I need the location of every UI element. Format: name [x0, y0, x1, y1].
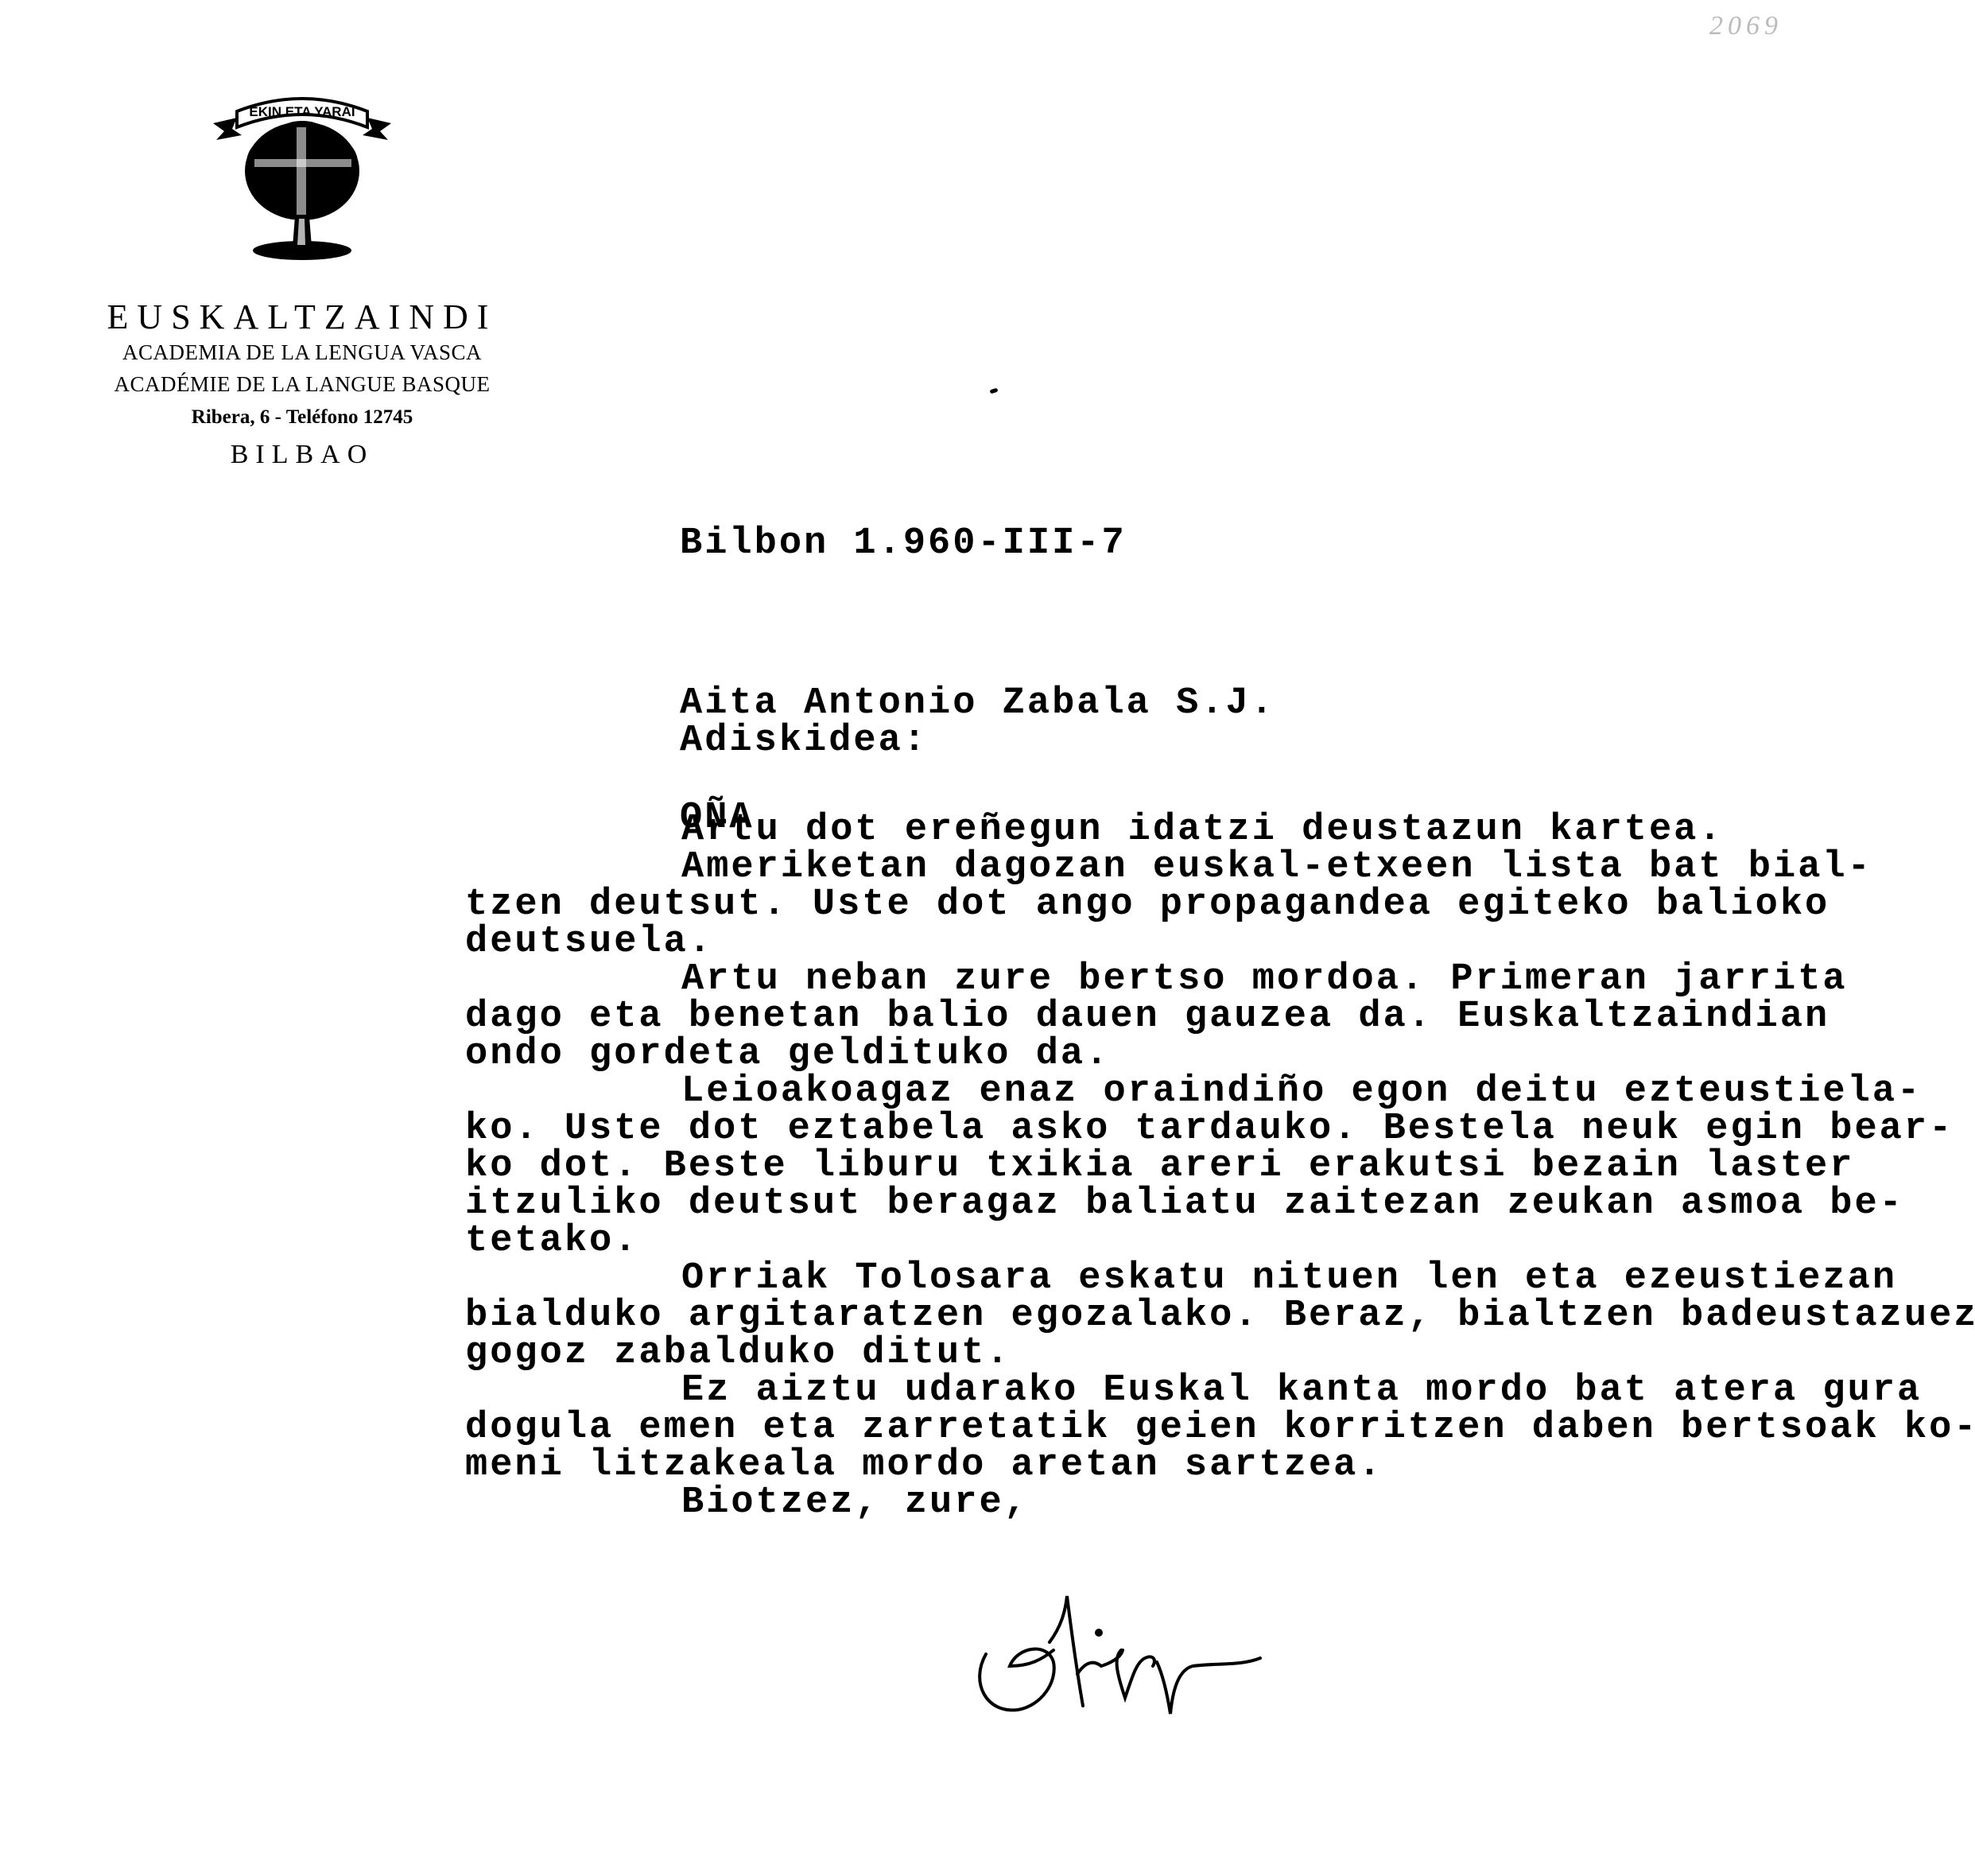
- salutation: Adiskidea:: [680, 722, 928, 759]
- letter-line: itzuliko deutsut beragaz baliatu zaiteza…: [465, 1185, 1975, 1222]
- letter-line: dogula emen eta zarretatik geien korritz…: [465, 1409, 1975, 1447]
- letter-line: tzen deutsut. Uste dot ango propagandea …: [465, 886, 1975, 923]
- letter-line: Ameriketan dagozan euskal-etxeen lista b…: [465, 849, 1975, 886]
- letterhead: EKIN ETA YARAI EUSKALTZAINDI ACADEMIA DE…: [80, 87, 525, 475]
- letter-line: gogoz zabalduko ditut.: [465, 1334, 1975, 1372]
- letter-line: meni litzakeala mordo aretan sartzea.: [465, 1447, 1975, 1484]
- letter-line: Biotzez, zure,: [465, 1484, 1975, 1521]
- academy-address: Ribera, 6 - Teléfono 12745: [80, 400, 525, 435]
- academy-city: BILBAO: [80, 435, 525, 475]
- letter-line: Leioakoagaz enaz oraindiño egon deitu ez…: [465, 1073, 1975, 1110]
- letter-line: ko. Uste dot eztabela asko tardauko. Bes…: [465, 1110, 1975, 1148]
- letter-line: deutsuela.: [465, 923, 1975, 961]
- ink-speck: [989, 388, 998, 394]
- letter-date: Bilbon 1.960-III-7: [680, 525, 1127, 562]
- letter-line: dago eta benetan balio dauen gauzea da. …: [465, 998, 1975, 1035]
- letter-line: bialduko argitaratzen egozalako. Beraz, …: [465, 1297, 1975, 1334]
- letter-body: Artu dot ereñegun idatzi deustazun karte…: [465, 811, 1975, 1521]
- letter-line: ko dot. Beste liburu txikia areri erakut…: [465, 1148, 1975, 1185]
- archive-pencil-mark: 2069: [1709, 11, 1783, 41]
- letter-line: Orriak Tolosara eskatu nituen len eta ez…: [465, 1260, 1975, 1297]
- oak-tree-with-cross-and-banner-icon: EKIN ETA YARAI: [207, 87, 398, 266]
- academy-name: EUSKALTZAINDI: [80, 298, 525, 336]
- letter-line: tetako.: [465, 1222, 1975, 1260]
- svg-text:EKIN ETA YARAI: EKIN ETA YARAI: [249, 104, 355, 119]
- recipient-name: Aita Antonio Zabala S.J.: [680, 685, 1275, 723]
- letter-line: Artu neban zure bertso mordoa. Primeran …: [465, 961, 1975, 998]
- letter-line: Artu dot ereñegun idatzi deustazun karte…: [465, 811, 1975, 849]
- letter-page: 2069 EKIN E: [0, 0, 1975, 1876]
- letter-line: ondo gordeta geldituko da.: [465, 1035, 1975, 1073]
- academy-subtitle-spanish: ACADEMIA DE LA LENGUA VASCA: [80, 336, 525, 368]
- letter-line: Ez aiztu udarako Euskal kanta mordo bat …: [465, 1372, 1975, 1409]
- handwritten-signature-icon: [954, 1587, 1288, 1722]
- academy-subtitle-french: ACADÉMIE DE LA LANGUE BASQUE: [80, 368, 525, 400]
